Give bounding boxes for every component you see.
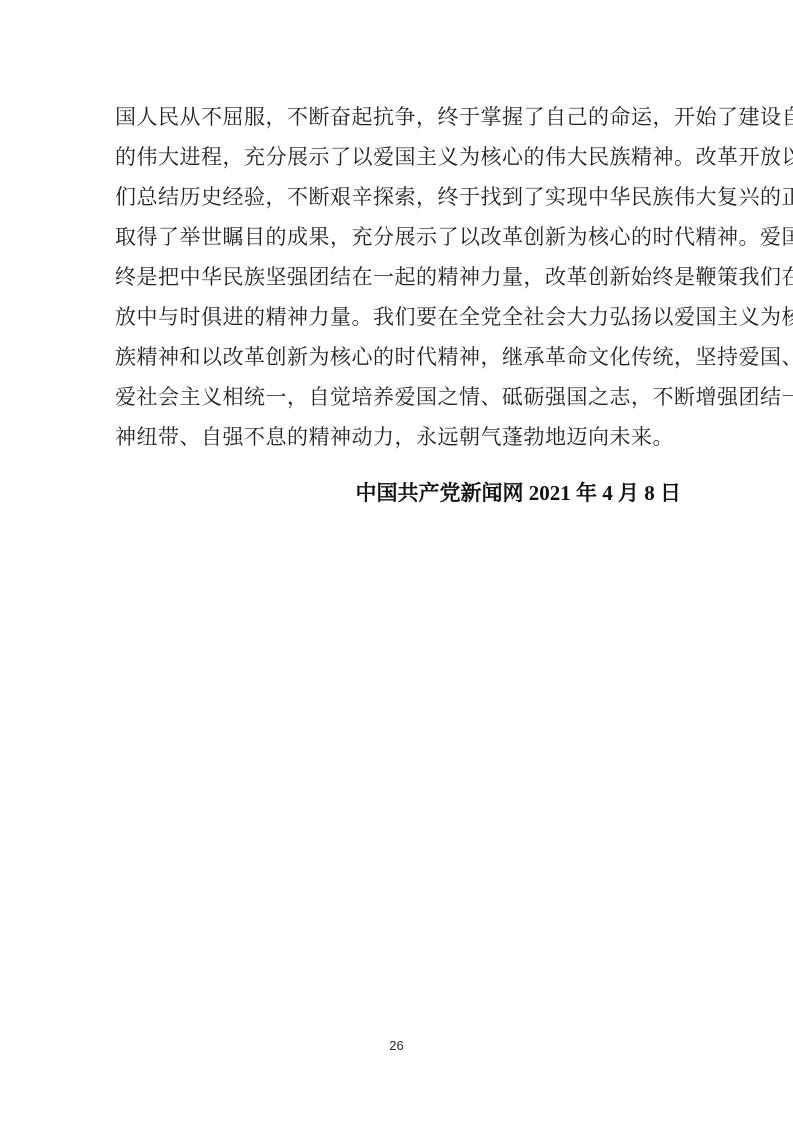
text-line: 的伟大进程，充分展示了以爱国主义为核心的伟大民族精神。改革开放以来，我: [115, 137, 681, 177]
text-line: 们总结历史经验，不断艰辛探索，终于找到了实现中华民族伟大复兴的正确道路，: [115, 177, 681, 217]
text-line: 取得了举世瞩目的成果，充分展示了以改革创新为核心的时代精神。爱国主义始: [115, 217, 681, 257]
text-line: 爱社会主义相统一，自觉培养爱国之情、砥砺强国之志，不断增强团结一心的精: [115, 377, 681, 417]
text-line: 神纽带、自强不息的精神动力，永远朝气蓬勃地迈向未来。: [115, 417, 681, 457]
text-line: 族精神和以改革创新为核心的时代精神，继承革命文化传统，坚持爱国、爱党、: [115, 337, 681, 377]
body-paragraph: 国人民从不屈服，不断奋起抗争，终于掌握了自己的命运，开始了建设自己国家的伟大进程…: [115, 97, 681, 457]
text-line: 放中与时俱进的精神力量。我们要在全党全社会大力弘扬以爱国主义为核心的民: [115, 297, 681, 337]
source-attribution: 中国共产党新闻网 2021 年 4 月 8 日: [115, 478, 681, 508]
text-line: 国人民从不屈服，不断奋起抗争，终于掌握了自己的命运，开始了建设自己国家: [115, 97, 681, 137]
document-page: 国人民从不屈服，不断奋起抗争，终于掌握了自己的命运，开始了建设自己国家的伟大进程…: [0, 0, 793, 1122]
page-number: 26: [0, 1038, 793, 1053]
text-line: 终是把中华民族坚强团结在一起的精神力量，改革创新始终是鞭策我们在改革开: [115, 257, 681, 297]
